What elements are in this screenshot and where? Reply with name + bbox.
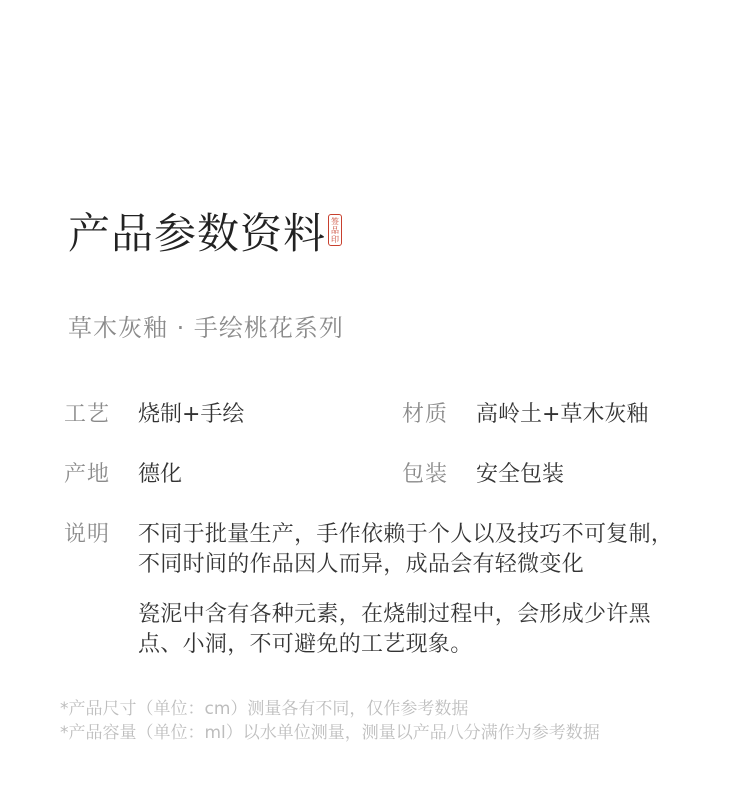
spec-craft: 工艺 烧制+手绘: [64, 400, 244, 430]
spec-value: 德化: [138, 460, 182, 490]
spec-value: 高岭土+草木灰釉: [476, 400, 648, 430]
spec-label: 产地: [64, 460, 138, 490]
spec-label: 工艺: [64, 400, 138, 430]
spec-material: 材质 高岭土+草木灰釉: [402, 400, 648, 430]
product-series-subtitle: 草木灰釉 · 手绘桃花系列: [68, 312, 344, 344]
spec-label: 材质: [402, 400, 476, 430]
spec-value: 烧制+手绘: [138, 400, 244, 430]
spec-origin: 产地 德化: [64, 460, 182, 490]
page-title: 产品参数资料: [68, 206, 326, 262]
seal-char: 印: [331, 235, 339, 244]
spec-label: 包装: [402, 460, 476, 490]
title-section: 产品参数资料 签 品 印: [68, 206, 342, 262]
description-section: 说明 不同于批量生产，手作依赖于个人以及技巧不可复制，不同时间的作品因人而异，成…: [64, 520, 678, 680]
description-paragraph: 瓷泥中含有各种元素，在烧制过程中，会形成少许黑点、小洞，不可避免的工艺现象。: [138, 600, 678, 660]
description-body: 不同于批量生产，手作依赖于个人以及技巧不可复制，不同时间的作品因人而异，成品会有…: [138, 520, 678, 680]
footnotes: *产品尺寸（单位：cm）测量各有不同，仅作参考数据 *产品容量（单位：ml）以水…: [60, 697, 600, 745]
seal-char: 品: [331, 226, 339, 235]
seal-stamp-icon: 签 品 印: [328, 214, 342, 246]
description-label: 说明: [64, 520, 138, 680]
seal-char: 签: [331, 217, 339, 226]
spec-value: 安全包装: [476, 460, 564, 490]
footnote-capacity: *产品容量（单位：ml）以水单位测量，测量以产品八分满作为参考数据: [60, 721, 600, 745]
spec-packaging: 包装 安全包装: [402, 460, 564, 490]
description-paragraph: 不同于批量生产，手作依赖于个人以及技巧不可复制，不同时间的作品因人而异，成品会有…: [138, 520, 678, 580]
footnote-size: *产品尺寸（单位：cm）测量各有不同，仅作参考数据: [60, 697, 600, 721]
